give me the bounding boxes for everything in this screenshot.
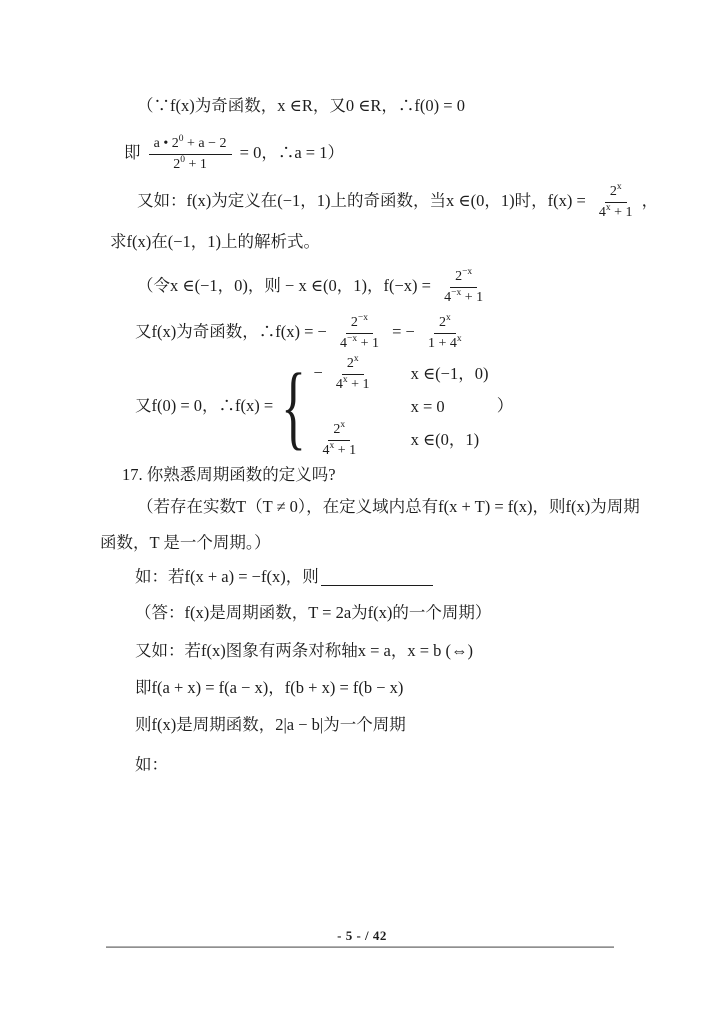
document-body: （∵f(x)为奇函数，x ∈R，又0 ∈R，∴f(0) = 0即 a • 20 …	[0, 0, 724, 776]
text-run: + 1	[461, 290, 483, 305]
text-run: 17. 你熟悉周期函数的定义吗?	[122, 465, 336, 484]
text-run: （∵f(x)为奇函数，x ∈R，又0 ∈R，∴f(0) = 0	[137, 96, 465, 115]
period-example-answer: （答：f(x)是周期函数，T = 2a为f(x)的一个周期）	[135, 602, 724, 624]
cases-grid: − 2x4x + 1x ∈(−1，0)x = 02x4x + 1x ∈(0，1)	[313, 355, 488, 459]
odd-function-note-open: （∵f(x)为奇函数，x ∈R，又0 ∈R，∴f(0) = 0	[137, 95, 724, 117]
case-condition: x ∈(0，1)	[411, 429, 480, 451]
text-run: 2	[439, 315, 446, 330]
period-conclusion: 则f(x)是周期函数，2|a − b|为一个周期	[135, 714, 724, 736]
text-run: ，	[642, 191, 659, 210]
superscript: −x	[347, 334, 357, 344]
fraction-denominator: 4−x + 1	[439, 288, 488, 307]
superscript: −x	[451, 288, 461, 298]
text-run: 则f(x)是周期函数，2|a − b|为一个周期	[135, 715, 406, 734]
next-example-label: 如：	[135, 754, 724, 776]
fraction-denominator: 4x + 1	[594, 203, 638, 222]
piecewise-cases: {− 2x4x + 1x ∈(−1，0)x = 02x4x + 1x ∈(0，1…	[279, 355, 488, 459]
question-17-heading: 17. 你熟悉周期函数的定义吗?	[122, 464, 724, 486]
fraction-denominator: 1 + 4x	[423, 334, 467, 353]
solution-piecewise: 又f(0) = 0，∴f(x) = {− 2x4x + 1x ∈(−1，0)x …	[135, 355, 724, 459]
case-condition: x = 0	[411, 396, 445, 418]
period-definition-line-2: 函数，T 是一个周期。）	[100, 532, 724, 554]
superscript: x	[354, 354, 359, 364]
symmetry-example: 又如：若f(x)图象有两条对称轴x = a，x = b (⇔)	[135, 640, 724, 662]
text-run: x ∈(0，1)	[411, 430, 480, 449]
fraction-numerator: 2x	[328, 421, 350, 441]
text-run: 求f(x)在(−1，1)上的解析式。	[110, 232, 320, 251]
superscript: x	[340, 420, 345, 430]
page-number: - 5 - / 42	[0, 928, 724, 944]
text-run: 1 + 4	[428, 336, 457, 351]
example-odd-function-cont: 求f(x)在(−1，1)上的解析式。	[110, 231, 724, 253]
text-run: + a − 2	[184, 136, 227, 151]
document-page: （∵f(x)为奇函数，x ∈R，又0 ∈R，∴f(0) = 0即 a • 20 …	[0, 0, 724, 1024]
text-run: 2	[347, 356, 354, 371]
text-run: （若存在实数T（T ≠ 0），在定义域内总有f(x + T) = f(x)，则f…	[137, 497, 640, 516]
text-run: = −	[388, 322, 419, 341]
left-brace: {	[281, 360, 306, 454]
fraction: 2−x4−x + 1	[439, 268, 488, 306]
text-run: 即f(a + x) = f(a − x)，f(b + x) = f(b − x)	[135, 678, 403, 697]
text-run: 4	[336, 377, 343, 392]
text-run: x = 0	[411, 397, 445, 416]
fraction-numerator: 2−x	[450, 268, 477, 288]
fraction: 2x4x + 1	[317, 421, 361, 459]
period-definition-line-1: （若存在实数T（T ≠ 0），在定义域内总有f(x + T) = f(x)，则f…	[137, 496, 724, 518]
case-value: − 2x4x + 1	[313, 355, 378, 393]
text-run: + 1	[185, 157, 207, 172]
superscript: x	[457, 334, 462, 344]
text-run: + 1	[334, 443, 356, 458]
fraction: 2x1 + 4x	[423, 314, 467, 352]
odd-function-note-eq: 即 a • 20 + a − 220 + 1 = 0，∴a = 1）	[124, 135, 724, 173]
fraction: 2−x4−x + 1	[335, 314, 384, 352]
text-run: x ∈(−1，0)	[411, 364, 489, 383]
superscript: x	[617, 182, 622, 192]
fraction-numerator: 2x	[434, 314, 456, 334]
text-run: 又如：若f(x)图象有两条对称轴x = a，x = b (⇔)	[135, 641, 473, 660]
text-run: 又f(0) = 0，∴f(x) =	[135, 396, 277, 415]
text-run: −	[313, 363, 326, 382]
text-run: 函数，T 是一个周期。）	[100, 533, 271, 552]
text-run: 即	[124, 143, 145, 162]
footer-rule	[106, 946, 614, 948]
text-run: 4	[599, 205, 606, 220]
superscript: x	[446, 313, 451, 323]
fraction: 2x4x + 1	[331, 355, 375, 393]
text-run: 2	[610, 184, 617, 199]
fraction-numerator: 2x	[605, 183, 627, 203]
text-run: 4	[340, 336, 347, 351]
fraction: a • 20 + a − 220 + 1	[149, 135, 232, 173]
text-run: 如：若f(x + a) = −f(x)，则	[135, 567, 319, 586]
text-run: + 1	[611, 205, 633, 220]
fill-in-blank	[321, 580, 433, 586]
period-example: 如：若f(x + a) = −f(x)，则	[135, 566, 724, 588]
superscript: −x	[462, 267, 472, 277]
fraction-denominator: 20 + 1	[168, 155, 212, 174]
text-run: + 1	[348, 377, 370, 392]
superscript: −x	[358, 313, 368, 323]
solution-step-1: （令x ∈(−1，0)，则 − x ∈(0，1)，f(−x) = 2−x4−x …	[137, 268, 724, 306]
fraction-numerator: a • 20 + a − 2	[149, 135, 232, 155]
example-odd-function: 又如：f(x)为定义在(−1，1)上的奇函数，当x ∈(0，1)时，f(x) =…	[137, 183, 724, 221]
case-condition: x ∈(−1，0)	[411, 363, 489, 385]
text-run: + 1	[357, 336, 379, 351]
case-value: 2x4x + 1	[313, 421, 365, 459]
text-run: 如：	[135, 755, 168, 774]
fraction-numerator: 2x	[342, 355, 364, 375]
fraction-denominator: 4x + 1	[331, 375, 375, 394]
fraction: 2x4x + 1	[594, 183, 638, 221]
text-run: = 0，∴a = 1）	[236, 143, 344, 162]
text-run: （令x ∈(−1，0)，则 − x ∈(0，1)，f(−x) =	[137, 276, 435, 295]
fraction-numerator: 2−x	[346, 314, 373, 334]
text-run: ）	[488, 396, 513, 415]
text-run: （答：f(x)是周期函数，T = 2a为f(x)的一个周期）	[135, 603, 491, 622]
text-run: a • 2	[154, 136, 179, 151]
symmetry-equations: 即f(a + x) = f(a − x)，f(b + x) = f(b − x)	[135, 677, 724, 699]
fraction-denominator: 4x + 1	[317, 441, 361, 460]
text-run: 又f(x)为奇函数，∴f(x) = −	[135, 322, 331, 341]
solution-step-2: 又f(x)为奇函数，∴f(x) = − 2−x4−x + 1 = − 2x1 +…	[135, 314, 724, 352]
fraction-denominator: 4−x + 1	[335, 334, 384, 353]
text-run: 2	[351, 315, 358, 330]
text-run: 又如：f(x)为定义在(−1，1)上的奇函数，当x ∈(0，1)时，f(x) =	[137, 191, 590, 210]
